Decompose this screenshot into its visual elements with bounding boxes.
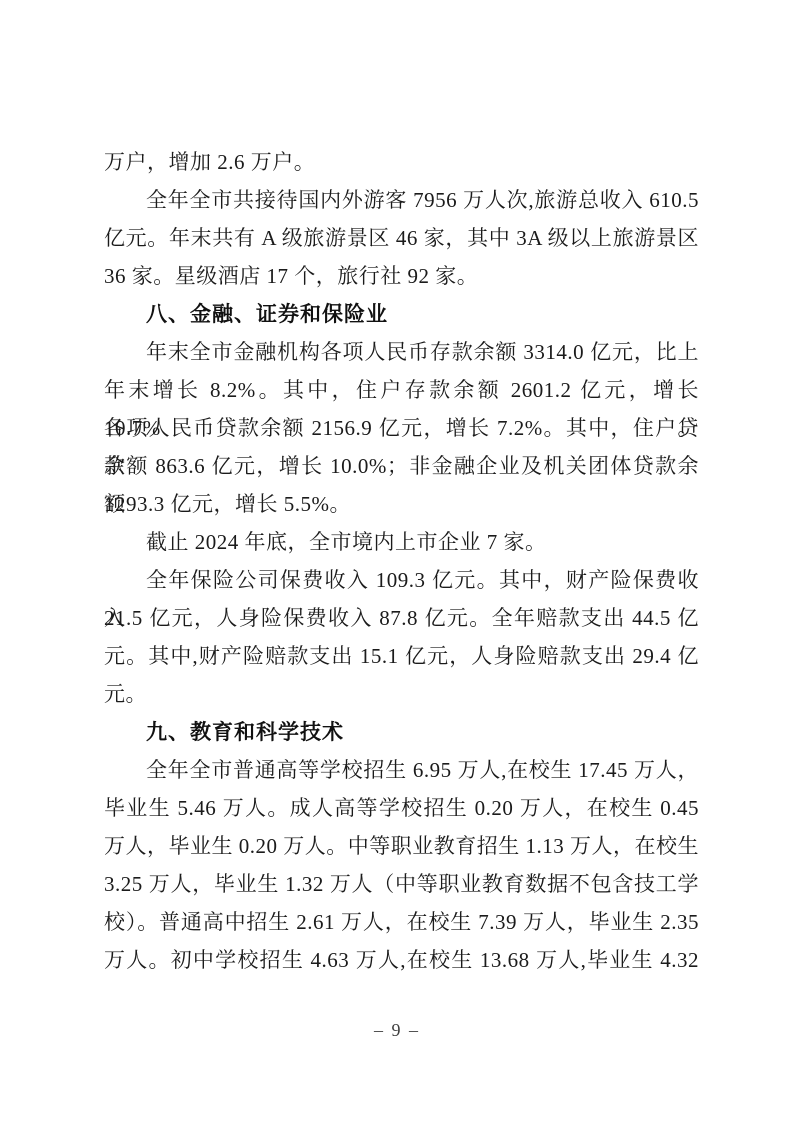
- text-line: 全年全市普通高等学校招生 6.95 万人,在校生 17.45 万人，: [104, 751, 699, 789]
- text-line: 元。其中,财产险赔款支出 15.1 亿元，人身险赔款支出 29.4 亿: [104, 637, 699, 675]
- text-line: 毕业生 5.46 万人。成人高等学校招生 0.20 万人，在校生 0.45: [104, 789, 699, 827]
- text-line: 截止 2024 年底，全市境内上市企业 7 家。: [104, 523, 699, 561]
- text-line: 元。: [104, 675, 699, 713]
- page-footer: – 9 –: [0, 1020, 794, 1041]
- section-heading: 九、教育和科学技术: [104, 713, 699, 751]
- text-line: 万户，增加 2.6 万户。: [104, 143, 699, 181]
- text-line: 万人。初中学校招生 4.63 万人,在校生 13.68 万人,毕业生 4.32: [104, 941, 699, 979]
- text-line: 36 家。星级酒店 17 个，旅行社 92 家。: [104, 257, 699, 295]
- document-page: 万户，增加 2.6 万户。全年全市共接待国内外游客 7956 万人次,旅游总收入…: [0, 0, 794, 1123]
- document-body: 万户，增加 2.6 万户。全年全市共接待国内外游客 7956 万人次,旅游总收入…: [104, 143, 699, 979]
- text-line: 各项人民币贷款余额 2156.9 亿元，增长 7.2%。其中，住户贷款: [104, 409, 699, 447]
- text-line: 全年全市共接待国内外游客 7956 万人次,旅游总收入 610.5: [104, 181, 699, 219]
- page-number: – 9 –: [374, 1020, 420, 1040]
- text-line: 万人，毕业生 0.20 万人。中等职业教育招生 1.13 万人，在校生: [104, 827, 699, 865]
- text-line: 3.25 万人，毕业生 1.32 万人（中等职业教育数据不包含技工学: [104, 865, 699, 903]
- text-line: 年末全市金融机构各项人民币存款余额 3314.0 亿元，比上: [104, 333, 699, 371]
- text-line: 1293.3 亿元，增长 5.5%。: [104, 485, 699, 523]
- text-line: 全年保险公司保费收入 109.3 亿元。其中，财产险保费收入: [104, 561, 699, 599]
- text-line: 亿元。年末共有 A 级旅游景区 46 家，其中 3A 级以上旅游景区: [104, 219, 699, 257]
- section-heading: 八、金融、证券和保险业: [104, 295, 699, 333]
- text-line: 年末增长 8.2%。其中，住户存款余额 2601.2 亿元，增长 10.7%。: [104, 371, 699, 409]
- text-line: 校）。普通高中招生 2.61 万人，在校生 7.39 万人，毕业生 2.35: [104, 903, 699, 941]
- text-line: 21.5 亿元，人身险保费收入 87.8 亿元。全年赔款支出 44.5 亿: [104, 599, 699, 637]
- text-line: 余额 863.6 亿元，增长 10.0%；非金融企业及机关团体贷款余额: [104, 447, 699, 485]
